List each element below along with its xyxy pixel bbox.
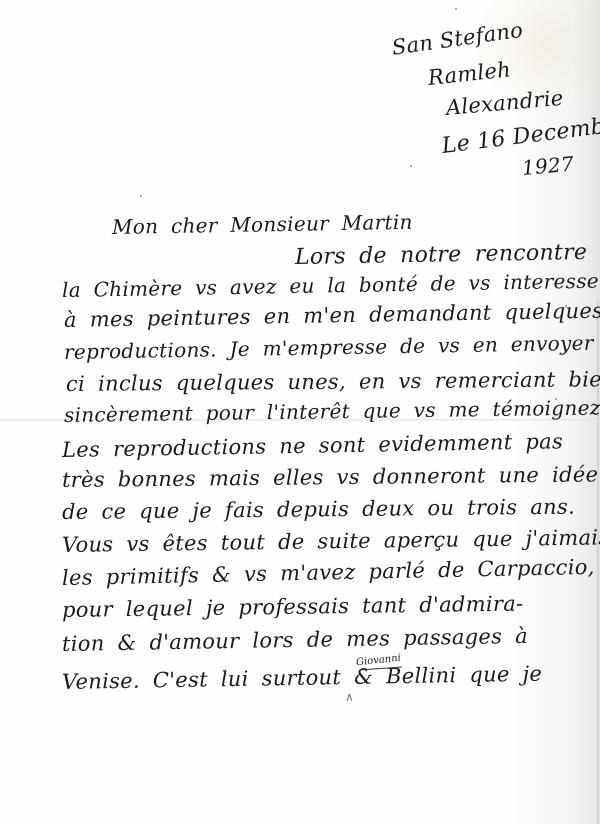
body-line: ci inclus quelques unes, en vs remercian… bbox=[66, 367, 600, 396]
body-line: Les reproductions ne sont evidemment pas bbox=[62, 429, 563, 462]
paper-speck bbox=[565, 305, 567, 307]
letter-page: San Stefano Ramleh Alexandrie Le 16 Dece… bbox=[0, 0, 600, 824]
date-year: 1927 bbox=[521, 152, 575, 180]
paper-speck bbox=[410, 165, 412, 167]
insertion-caret-mark: ∧ bbox=[345, 690, 354, 704]
body-line: Venise. C'est lui surtout & Bellini que … bbox=[62, 662, 543, 694]
body-line: de ce que je fais depuis deux ou trois a… bbox=[62, 495, 575, 524]
paper-speck bbox=[555, 398, 557, 400]
paper-speck bbox=[455, 8, 457, 10]
salutation: Mon cher Monsieur Martin bbox=[112, 210, 413, 239]
body-line: tion & d'amour lors de mes passages à bbox=[62, 624, 528, 656]
body-line: Lors de notre rencontre à bbox=[295, 239, 600, 270]
paper-speck bbox=[456, 30, 458, 32]
body-line: pour lequel je professais tant d'admira- bbox=[62, 592, 524, 622]
paper-speck bbox=[140, 195, 142, 197]
